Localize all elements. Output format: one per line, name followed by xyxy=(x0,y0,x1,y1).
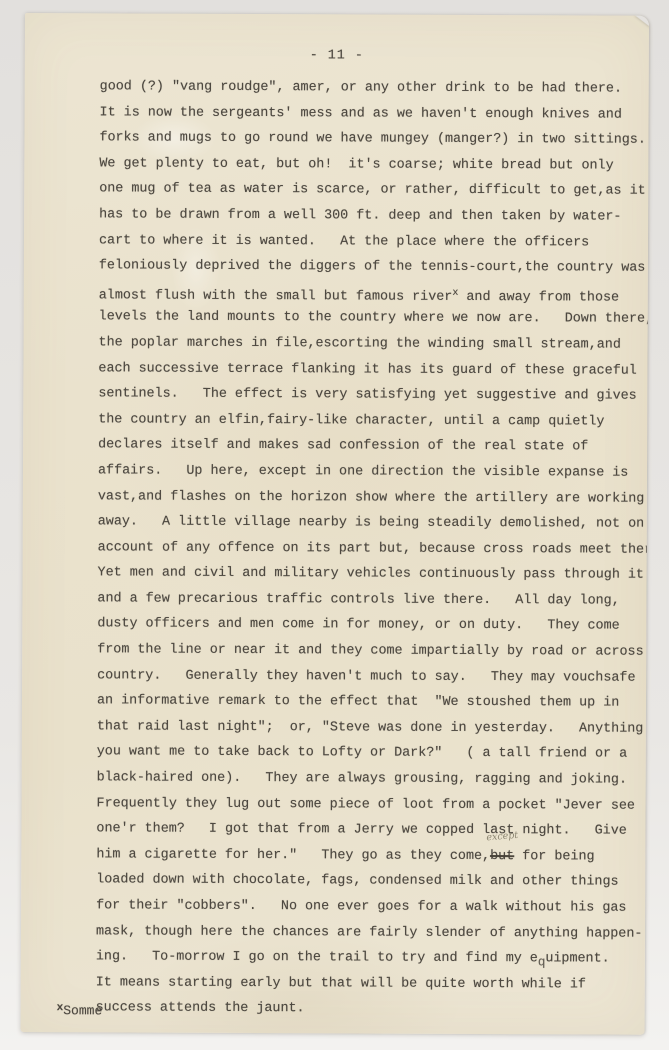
text-line: dusty officers and men come in for money… xyxy=(97,612,649,640)
paper-corner-fold-icon xyxy=(634,15,649,27)
text-line: cart to where it is wanted. At the place… xyxy=(99,228,649,256)
text-line: you want me to take back to Lofty or Dar… xyxy=(97,740,649,768)
text-line: Frequently they lug out some piece of lo… xyxy=(96,791,648,819)
text-body: good (?) "vang roudge", amer, or any oth… xyxy=(96,74,649,1023)
text-line: levels the land mounts to the country wh… xyxy=(99,305,649,333)
text-line: each successive terrace flanking it has … xyxy=(98,356,649,384)
text-line: for their "cobbers". No one ever goes fo… xyxy=(96,893,648,921)
text-line: sentinels. The effect is very satisfying… xyxy=(98,381,649,409)
text-line: one'r them? I got that from a Jerry we c… xyxy=(96,817,648,845)
text-line: from the line or near it and they come i… xyxy=(97,637,649,665)
text-line: affairs. Up here, except in one directio… xyxy=(98,458,649,486)
text-line: almost flush with the small but famous r… xyxy=(99,279,649,307)
text-line: the poplar marches in file,escorting the… xyxy=(99,330,649,358)
text-line: away. A little village nearby is being s… xyxy=(98,509,649,537)
text-line: ing. To-morrow I go on the trail to try … xyxy=(96,945,648,973)
text-line: that raid last night"; or, "Steve was do… xyxy=(97,714,649,742)
text-line: him a cigarette for her." They go as the… xyxy=(96,842,648,870)
text-line: country. Generally they haven't much to … xyxy=(97,663,649,691)
text-line: forks and mugs to go round we have munge… xyxy=(99,126,649,154)
text-line: declares itself and makes sad confession… xyxy=(98,433,649,461)
text-line: account of any offence on its part but, … xyxy=(98,535,649,563)
text-line: success attends the jaunt. xyxy=(96,996,648,1024)
text-line: one mug of tea as water is scarce, or ra… xyxy=(99,177,649,205)
page-number: - 11 - xyxy=(25,47,649,65)
text-line: loaded down with chocolate, fags, conden… xyxy=(96,868,648,896)
text-line: black-haired one). They are always grous… xyxy=(97,765,649,793)
text-line: good (?) "vang roudge", amer, or any oth… xyxy=(100,74,649,102)
text-line: feloniously deprived the diggers of the … xyxy=(99,253,649,281)
text-line: has to be drawn from a well 300 ft. deep… xyxy=(99,202,649,230)
text-line: an informative remark to the effect that… xyxy=(97,689,649,717)
text-line: It is now the sergeants' mess and as we … xyxy=(100,100,649,128)
scan-background: - 11 - good (?) "vang roudge", amer, or … xyxy=(0,0,669,1050)
footnote-text: Somme xyxy=(63,1003,102,1018)
text-line: We get plenty to eat, but oh! it's coars… xyxy=(99,151,649,179)
text-line: vast,and flashes on the horizon show whe… xyxy=(98,484,649,512)
text-line: the country an elfin,fairy-like characte… xyxy=(98,407,649,435)
text-line: It means starting early but that will be… xyxy=(96,970,648,998)
text-line: mask, though here the chances are fairly… xyxy=(96,919,648,947)
text-line: and a few precarious traffic controls li… xyxy=(97,586,649,614)
footnote: xSomme xyxy=(57,1002,103,1018)
text-line: Yet men and civil and military vehicles … xyxy=(97,561,648,589)
paper: - 11 - good (?) "vang roudge", amer, or … xyxy=(21,13,649,1035)
